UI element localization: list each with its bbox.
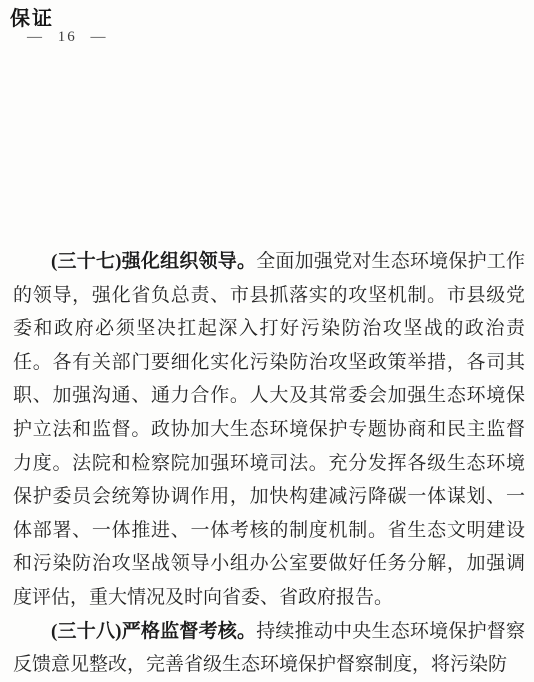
document-page: 保证 — 16 — (三十七)强化组织领导。全面加强党对生态环境保护工作的领导，… bbox=[0, 0, 534, 682]
paragraph-item-38-heading: (三十八)严格监督考核。 bbox=[51, 621, 256, 642]
paragraph-item-38: (三十八)严格监督考核。持续推动中央生态环境保护督察反馈意见整改，完善省级生态环… bbox=[13, 615, 525, 682]
document-body: (三十七)强化组织领导。全面加强党对生态环境保护工作的领导，强化省负总责、市县抓… bbox=[13, 245, 525, 682]
running-head-word: 保证 bbox=[10, 2, 54, 31]
page-number: — 16 — bbox=[27, 29, 108, 46]
paragraph-item-37: (三十七)强化组织领导。全面加强党对生态环境保护工作的领导，强化省负总责、市县抓… bbox=[13, 245, 525, 615]
paragraph-item-37-text: 全面加强党对生态环境保护工作的领导，强化省负总责、市县抓落实的攻坚机制。市县级党… bbox=[13, 251, 525, 608]
paragraph-item-37-heading: (三十七)强化组织领导。 bbox=[51, 251, 256, 272]
